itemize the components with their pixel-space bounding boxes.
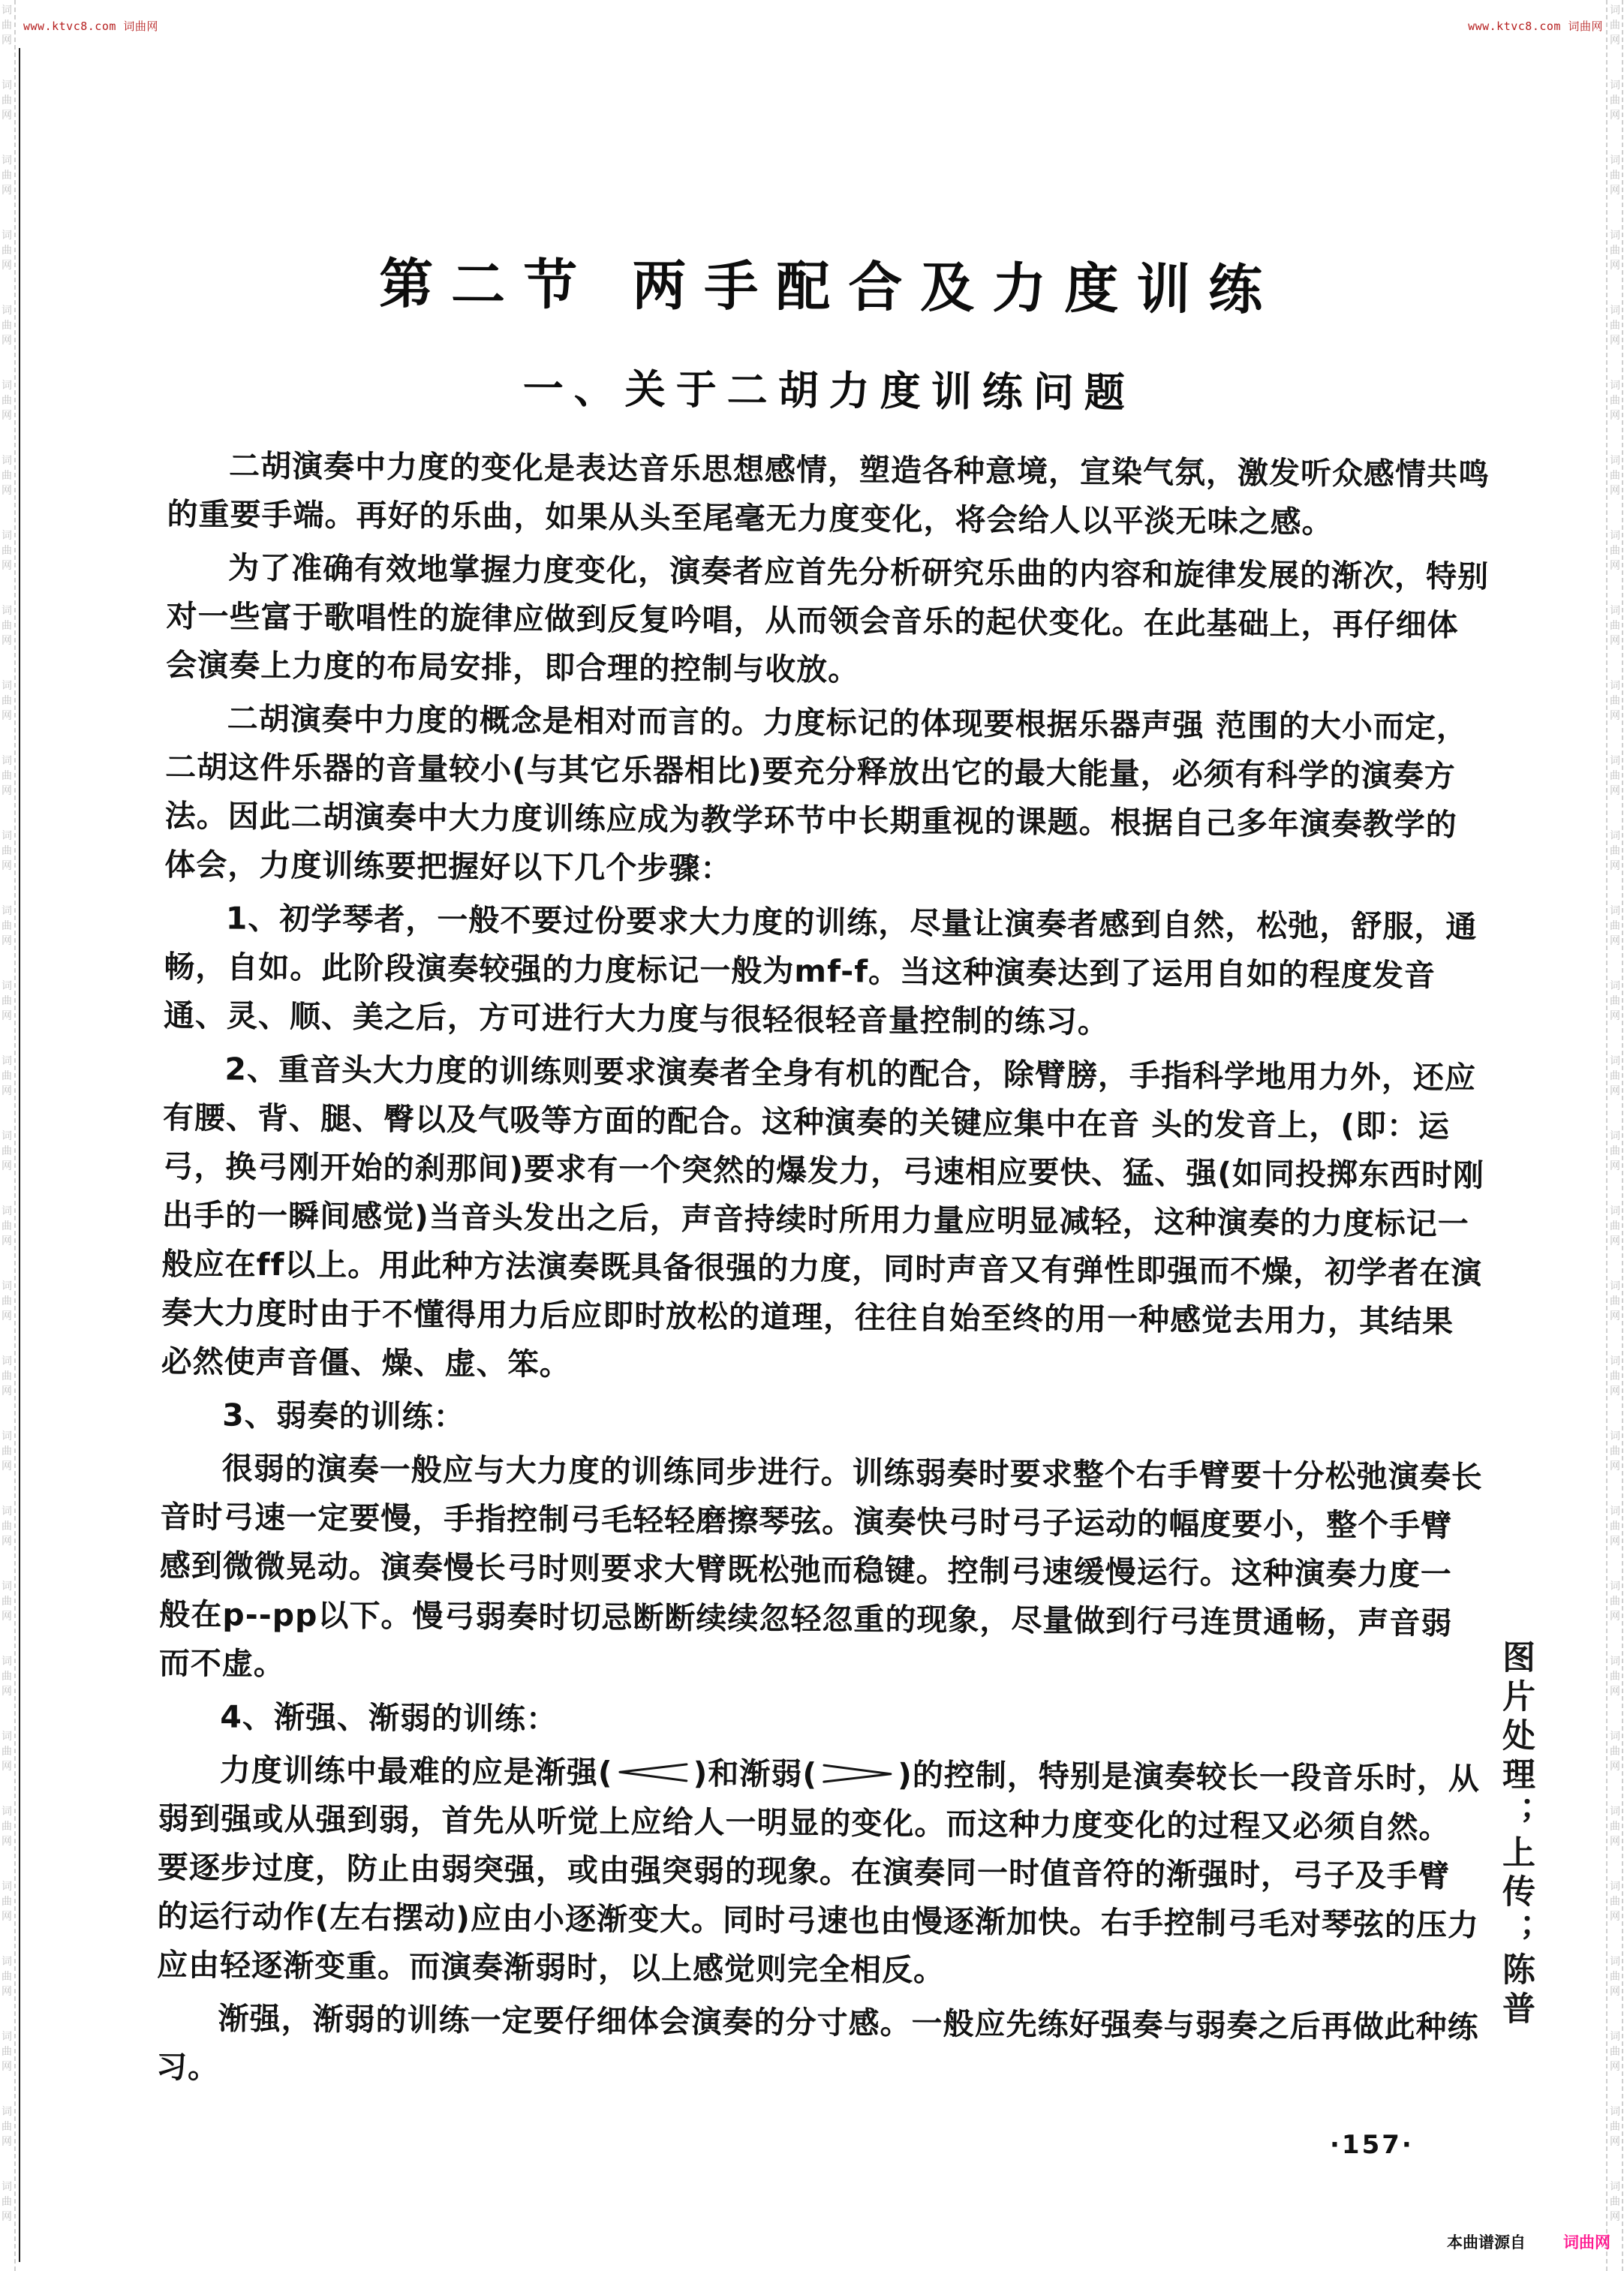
paragraph-step-1: 1、初学琴者，一般不要过份要求大力度的训练，尽量让演奏者感到自然，松弛，舒服，通… xyxy=(164,894,1487,1049)
section-title: 第二节 两手配合及力度训练 xyxy=(168,255,1490,318)
paragraph-analysis: 为了准确有效地掌握力度变化，演奏者应首先分析研究乐曲的内容和旋律发展的渐次，特别… xyxy=(166,543,1489,699)
scanned-page: 词 曲 网 词 曲 网 词 曲 网 词 曲 网 词 曲 网 词 曲 网 词 曲 … xyxy=(0,0,1624,2271)
body-text: 二胡演奏中力度的变化是表达音乐思想感情，塑造各种意境，宣染气氛，激发听众感情共鸣… xyxy=(156,441,1490,2101)
subsection-title: 一、关于二胡力度训练问题 xyxy=(168,366,1490,416)
footer-source-text: 本曲谱源自 xyxy=(1447,2233,1526,2251)
footer-site-name: 词曲网 xyxy=(1563,2233,1610,2251)
paragraph-conclusion: 渐强，渐弱的训练一定要仔细体会演奏的分寸感。一般应先练好强奏与弱奏之后再做此种练… xyxy=(156,1994,1479,2101)
document-content: 第二节 两手配合及力度训练 一、关于二胡力度训练问题 二胡演奏中力度的变化是表达… xyxy=(156,255,1491,2105)
decrescendo-icon xyxy=(822,1762,893,1785)
header-url-left: www.ktvc8.com 词曲网 xyxy=(23,18,158,34)
paragraph-step-4-heading: 4、渐强、渐弱的训练： xyxy=(158,1692,1481,1750)
right-inner-dashed-border xyxy=(1606,0,1607,2271)
paragraph-text: )的控制，特别是演奏较长一段音乐时，从弱到强或从强到弱，首先从听觉上应给人一明显… xyxy=(157,1757,1480,1988)
watermark-column-right: 词 曲 网 词 曲 网 词 曲 网 词 曲 网 词 曲 网 词 曲 网 词 曲 … xyxy=(1609,3,1621,2224)
side-caption-vertical: 图片处理；上传；陈普 xyxy=(1496,1640,1534,2030)
paragraph-concept: 二胡演奏中力度的概念是相对而言的。力度标记的体现要根据乐器声强 范围的大小而定，… xyxy=(164,694,1488,898)
paragraph-step-4: 力度训练中最难的应是渐强()和渐弱()的控制，特别是演奏较长一段音乐时，从弱到强… xyxy=(157,1746,1481,1999)
paragraph-step-3: 很弱的演奏一般应与大力度的训练同步进行。训练弱奏时要求整个右手臂要十分松弛演奏长… xyxy=(159,1444,1483,1697)
footer-attribution: 本曲谱源自词曲网 xyxy=(1447,2230,1610,2253)
paragraph-text: 力度训练中最难的应是渐强( xyxy=(220,1752,613,1791)
watermark-column-left: 词 曲 网 词 曲 网 词 曲 网 词 曲 网 词 曲 网 词 曲 网 词 曲 … xyxy=(1,3,13,2224)
paragraph-text: )和渐弱( xyxy=(693,1755,817,1792)
left-dashed-border xyxy=(14,0,16,2271)
paragraph-step-3-heading: 3、弱奏的训练： xyxy=(161,1391,1483,1448)
paragraph-step-2: 2、重音头大力度的训练则要求演奏者全身有机的配合，除臂膀，手指科学地用力外，还应… xyxy=(161,1045,1485,1395)
header-url-right: www.ktvc8.com 词曲网 xyxy=(1468,18,1603,34)
page-number: ·157· xyxy=(1330,2130,1414,2160)
right-outer-dashed-border xyxy=(1622,0,1623,2271)
paragraph-intro: 二胡演奏中力度的变化是表达音乐思想感情，塑造各种意境，宣染气氛，激发听众感情共鸣… xyxy=(167,441,1490,548)
left-solid-border xyxy=(19,48,20,2262)
crescendo-icon xyxy=(618,1761,689,1784)
